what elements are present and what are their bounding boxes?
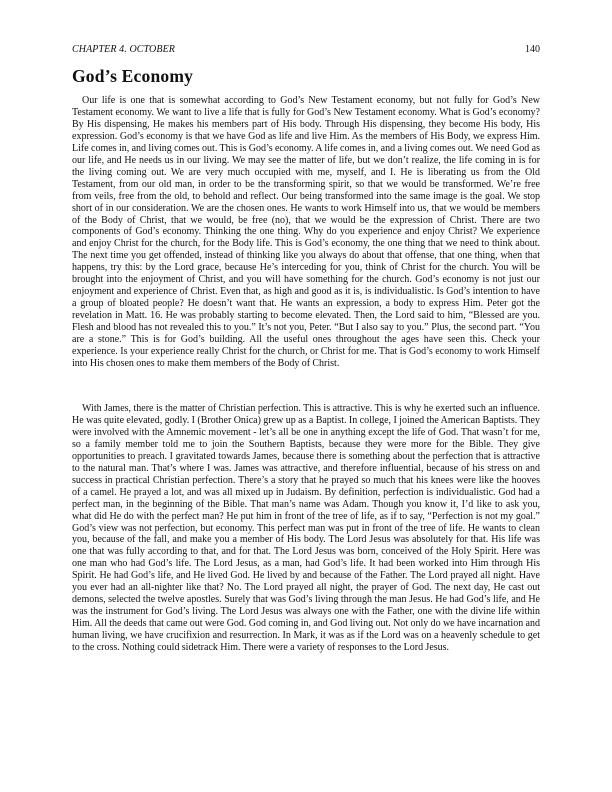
running-header: CHAPTER 4. OCTOBER 140 xyxy=(72,44,540,58)
page-number: 140 xyxy=(525,44,540,55)
section-title: God’s Economy xyxy=(72,66,193,87)
paragraph-2: With James, there is the matter of Chris… xyxy=(72,403,540,654)
chapter-label: CHAPTER 4. OCTOBER xyxy=(72,44,175,55)
paragraph-1: Our life is one that is somewhat accordi… xyxy=(72,95,540,370)
